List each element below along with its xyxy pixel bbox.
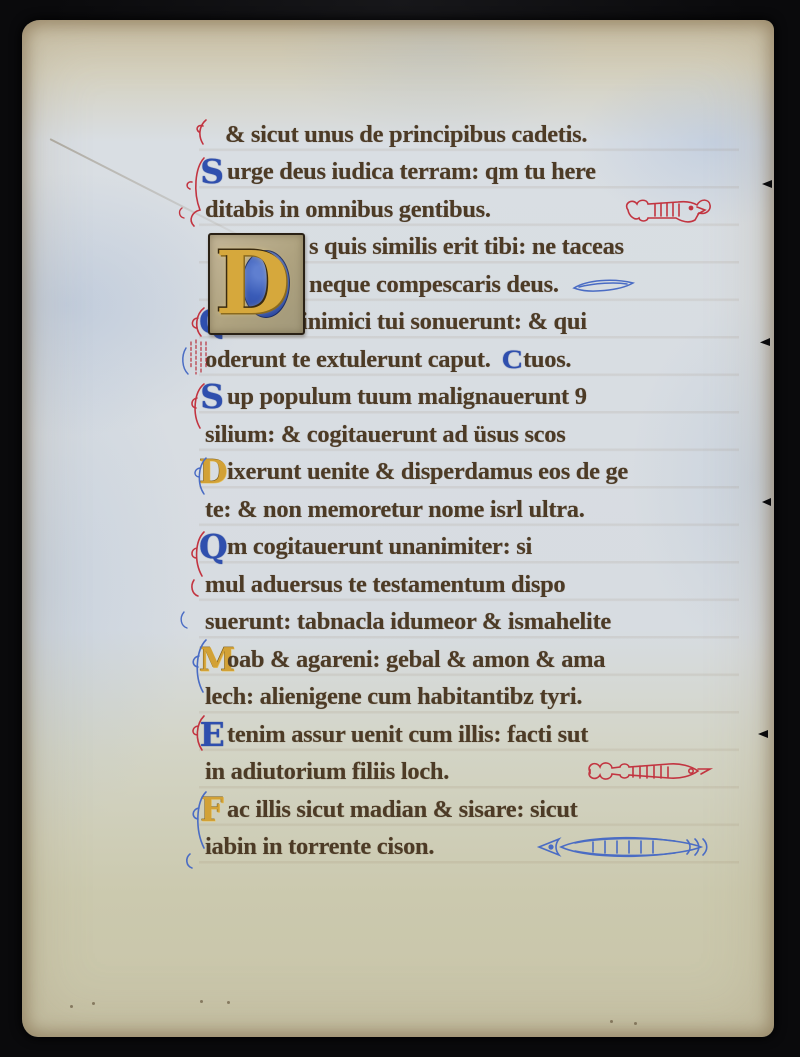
blue-sprig-linefiller-icon (571, 276, 637, 294)
line-text: oderunt te extulerunt caput. (205, 346, 491, 374)
text-line: iabin in torrente cison. (205, 829, 727, 867)
line-text: urge deus iudica terram: qm tu here (227, 158, 596, 186)
line-text: te: & non memoretur nome isrl ultra. (205, 496, 585, 524)
text-line: te: & non memoretur nome isrl ultra. (205, 491, 727, 529)
line-text: tenim assur uenit cum illis: facti sut (227, 721, 588, 749)
line-text: mul aduersus te testamentum dispo (205, 571, 565, 599)
line-text: suerunt: tabnacla idumeor & ismahelite (205, 608, 611, 636)
text-line: S urge deus iudica terram: qm tu here (205, 154, 727, 192)
prick-hole (70, 1005, 73, 1008)
red-dragon-linefiller-icon (621, 195, 717, 225)
line-text: up populum tuum malignauerunt 9 (227, 383, 587, 411)
line-text: m cogitauerunt unanimiter: si (227, 533, 532, 561)
line-text: silium: & cogitauerunt ad üsus scos (205, 421, 565, 449)
blue-paraph-mark: C (501, 345, 522, 375)
line-text: s quis similis erit tibi: ne taceas (309, 233, 624, 261)
prick-hole (227, 1001, 230, 1004)
prick-hole (92, 1002, 95, 1005)
prick-hole (634, 1022, 637, 1025)
text-line: S up populum tuum malignauerunt 9 (205, 379, 727, 417)
margin-penwork-flourishes (170, 112, 216, 872)
manuscript-text-block: & sicut unus de principibus cadetis. S u… (205, 116, 727, 868)
text-line: E tenim assur uenit cum illis: facti sut (205, 716, 727, 754)
line-text: oab & agareni: gebal & amon & ama (227, 646, 605, 674)
prick-hole (200, 1000, 203, 1003)
line-text: neque compescaris deus. (309, 271, 559, 299)
text-line: suerunt: tabnacla idumeor & ismahelite (205, 604, 727, 642)
line-text: ixerunt uenite & disperdamus eos de ge (227, 458, 628, 486)
text-line: & sicut unus de principibus cadetis. (205, 116, 727, 154)
drop-cap-initial-letter: D (215, 241, 290, 327)
line-text: & sicut unus de principibus cadetis. (225, 121, 587, 149)
text-line: F ac illis sicut madian & sisare: sicut (205, 791, 727, 829)
line-text: in adiutorium filiis loch. (205, 758, 449, 786)
blue-fish-linefiller-icon (535, 833, 717, 861)
line-text: ac illis sicut madian & sisare: sicut (227, 796, 578, 824)
red-fish-linefiller-icon (585, 758, 717, 786)
text-line: in adiutorium filiis loch. (205, 754, 727, 792)
line-text: iabin in torrente cison. (205, 833, 434, 861)
text-line: ditabis in omnibus gentibus. (205, 191, 727, 229)
text-line: silium: & cogitauerunt ad üsus scos (205, 416, 727, 454)
photograph-background: { "colors": { "background": "#0a0a0c", "… (0, 0, 800, 1057)
text-line: lech: alienigene cum habitantibz tyri. (205, 679, 727, 717)
text-line: D ixerunt uenite & disperdamus eos de ge (205, 454, 727, 492)
line-text: lech: alienigene cum habitantibz tyri. (205, 683, 582, 711)
vellum-manuscript-leaf: D & sicut unus de principibus cadetis. S… (22, 20, 774, 1037)
line-text: ditabis in omnibus gentibus. (205, 196, 491, 224)
illuminated-drop-cap-panel: D (208, 233, 305, 335)
text-line: Q m cogitauerunt unanimiter: si (205, 529, 727, 567)
prick-hole (610, 1020, 613, 1023)
text-line: M oab & agareni: gebal & amon & ama (205, 641, 727, 679)
line-text-continued: tuos. (523, 346, 571, 374)
text-line: oderunt te extulerunt caput. C tuos. (205, 341, 727, 379)
text-line: mul aduersus te testamentum dispo (205, 566, 727, 604)
